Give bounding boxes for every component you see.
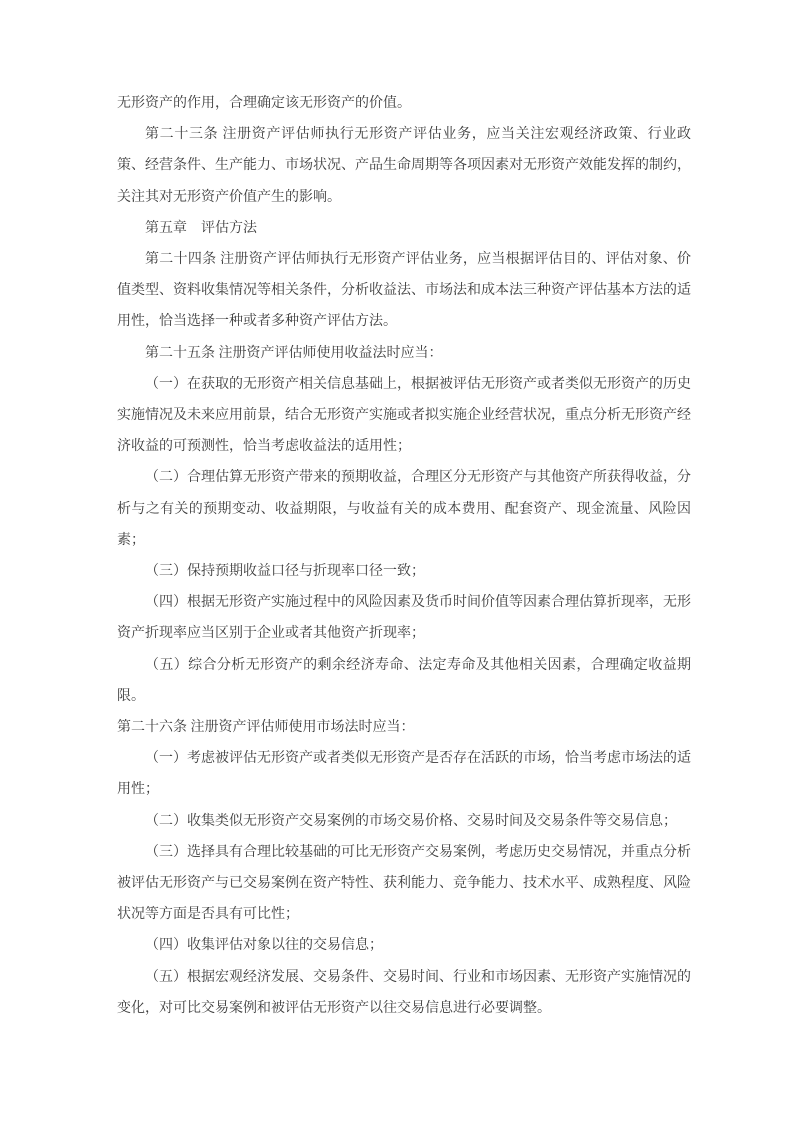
- article-26-item-5: （五）根据宏观经济发展、交易条件、交易时间、行业和市场因素、无形资产实施情况的变…: [117, 962, 691, 1024]
- article-26-item-3: （三）选择具有合理比较基础的可比无形资产交易案例，考虑历史交易情况，并重点分析被…: [117, 837, 691, 931]
- document-body: 无形资产的作用，合理确定该无形资产的价值。 第二十三条 注册资产评估师执行无形资…: [117, 88, 691, 1024]
- paragraph-article-24: 第二十四条 注册资产评估师执行无形资产评估业务，应当根据评估目的、评估对象、价值…: [117, 244, 691, 338]
- article-25-item-4: （四）根据无形资产实施过程中的风险因素及货币时间价值等因素合理估算折现率，无形资…: [117, 587, 691, 649]
- article-25-item-1: （一）在获取的无形资产相关信息基础上，根据被评估无形资产或者类似无形资产的历史实…: [117, 369, 691, 463]
- paragraph-continuation: 无形资产的作用，合理确定该无形资产的价值。: [117, 88, 691, 119]
- paragraph-article-25: 第二十五条 注册资产评估师使用收益法时应当：: [117, 338, 691, 369]
- document-page: 无形资产的作用，合理确定该无形资产的价值。 第二十三条 注册资产评估师执行无形资…: [0, 0, 793, 1122]
- article-25-item-2: （二）合理估算无形资产带来的预期收益，合理区分无形资产与其他资产所获得收益，分析…: [117, 462, 691, 556]
- article-26-item-2: （二）收集类似无形资产交易案例的市场交易价格、交易时间及交易条件等交易信息；: [117, 806, 691, 837]
- article-26-item-4: （四）收集评估对象以往的交易信息；: [117, 930, 691, 961]
- article-25-item-3: （三）保持预期收益口径与折现率口径一致；: [117, 556, 691, 587]
- paragraph-article-23: 第二十三条 注册资产评估师执行无形资产评估业务，应当关注宏观经济政策、行业政策、…: [117, 119, 691, 213]
- article-25-item-5: （五）综合分析无形资产的剩余经济寿命、法定寿命及其他相关因素，合理确定收益期限。: [117, 650, 691, 712]
- chapter-5-heading: 第五章 评估方法: [117, 213, 691, 244]
- article-26-item-1: （一）考虑被评估无形资产或者类似无形资产是否存在活跃的市场，恰当考虑市场法的适用…: [117, 743, 691, 805]
- paragraph-article-26: 第二十六条 注册资产评估师使用市场法时应当：: [117, 712, 691, 743]
